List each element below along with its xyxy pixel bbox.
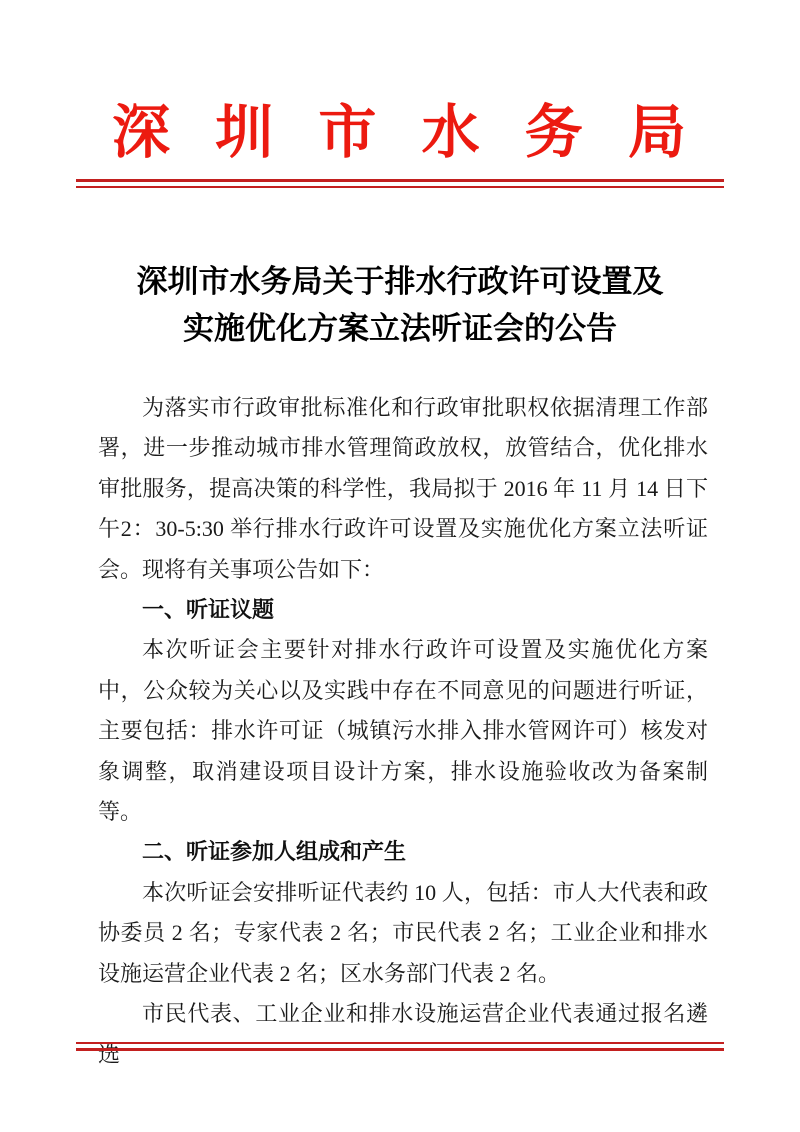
agency-char: 水 (422, 98, 480, 168)
document-page: 深 圳 市 水 务 局 深圳市水务局关于排水行政许可设置及 实施优化方案立法听证… (0, 0, 800, 1132)
paragraph-selection: 市民代表、工业企业和排水设施运营企业代表通过报名遴选 (98, 994, 708, 1075)
header-double-rule (76, 179, 724, 188)
document-body: 为落实市行政审批标准化和行政审批职权依据清理工作部署，进一步推动城市排水管理简政… (98, 388, 708, 1075)
paragraph-hearing-topics: 本次听证会主要针对排水行政许可设置及实施优化方案中，公众较为关心以及实践中存在不… (98, 630, 708, 832)
document-title-line-1: 深圳市水务局关于排水行政许可设置及 (0, 258, 800, 305)
agency-char: 圳 (215, 98, 273, 168)
document-title: 深圳市水务局关于排水行政许可设置及 实施优化方案立法听证会的公告 (0, 258, 800, 352)
section-heading-1: 一、听证议题 (98, 590, 708, 630)
rule-line-thick (76, 1048, 724, 1051)
agency-char: 局 (628, 98, 686, 168)
paragraph-participants: 本次听证会安排听证代表约 10 人，包括：市人大代表和政协委员 2 名；专家代表… (98, 873, 708, 994)
rule-line-thick (76, 179, 724, 182)
agency-char: 务 (525, 98, 583, 168)
document-title-line-2: 实施优化方案立法听证会的公告 (0, 305, 800, 352)
paragraph-intro: 为落实市行政审批标准化和行政审批职权依据清理工作部署，进一步推动城市排水管理简政… (98, 388, 708, 590)
rule-line-thin (76, 1042, 724, 1044)
rule-line-thin (76, 186, 724, 188)
agency-char: 市 (318, 98, 376, 168)
section-heading-2: 二、听证参加人组成和产生 (98, 832, 708, 872)
agency-char: 深 (112, 98, 170, 168)
footer-double-rule (76, 1042, 724, 1051)
agency-letterhead: 深 圳 市 水 务 局 (112, 98, 686, 168)
